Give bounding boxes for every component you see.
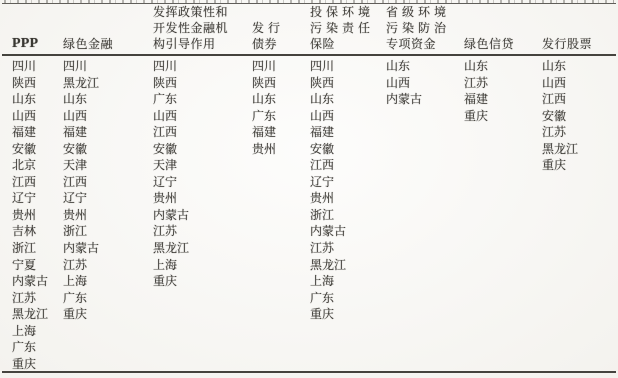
province-item: 福建	[252, 124, 310, 141]
province-item: 陕西	[153, 75, 252, 92]
province-item: 内蒙古	[386, 91, 464, 108]
province-item: 山西	[153, 108, 252, 125]
province-item: 陕西	[12, 75, 63, 92]
province-item: 安徽	[12, 141, 63, 158]
province-item: 重庆	[63, 306, 153, 323]
province-item: 广东	[252, 108, 310, 125]
column-header-line: 构引导作用	[153, 36, 252, 52]
province-item: 重庆	[542, 157, 618, 174]
column-header-line: 专项资金	[386, 36, 464, 52]
column-header-line: 污 染 责 任	[310, 20, 386, 36]
header-row: PPP绿色金融发挥政策性和开发性金融机构引导作用发 行债券投 保 环 境污 染 …	[12, 4, 618, 54]
column-header-ppp: PPP	[12, 4, 63, 54]
province-item: 四川	[153, 58, 252, 75]
province-item: 上海	[12, 323, 63, 340]
province-item: 贵州	[63, 207, 153, 224]
province-item: 陕西	[252, 75, 310, 92]
province-item: 重庆	[153, 273, 252, 290]
province-item: 江西	[12, 174, 63, 191]
province-item: 安徽	[542, 108, 618, 125]
body-row: 四川陕西山东山西福建安徽北京江西辽宁贵州吉林浙江宁夏内蒙古江苏黑龙江上海广东重庆…	[12, 58, 618, 372]
province-item: 安徽	[153, 141, 252, 158]
province-item: 山东	[63, 91, 153, 108]
column-green-credit: 山东江苏福建重庆	[464, 58, 542, 372]
province-item: 江西	[153, 124, 252, 141]
province-item: 黑龙江	[310, 257, 386, 274]
column-header-line: 债券	[252, 36, 310, 52]
province-item: 广东	[12, 339, 63, 356]
column-header-provincial-pollution-control-fund: 省 级 环 境污 染 防 治专项资金	[386, 4, 464, 54]
province-item: 山东	[386, 58, 464, 75]
column-header-line: 保险	[310, 36, 386, 52]
province-item: 辽宁	[12, 190, 63, 207]
province-item: 浙江	[310, 207, 386, 224]
province-item: 福建	[464, 91, 542, 108]
province-item: 内蒙古	[63, 240, 153, 257]
column-green-finance: 四川黑龙江山东山西福建安徽天津江西辽宁贵州浙江内蒙古江苏上海广东重庆	[63, 58, 153, 372]
province-item: 山东	[310, 91, 386, 108]
column-header-line: 开发性金融机	[153, 20, 252, 36]
province-item: 重庆	[464, 108, 542, 125]
province-item: 浙江	[63, 223, 153, 240]
province-item: 江苏	[464, 75, 542, 92]
column-ppp: 四川陕西山东山西福建安徽北京江西辽宁贵州吉林浙江宁夏内蒙古江苏黑龙江上海广东重庆	[12, 58, 63, 372]
column-provincial-pollution-control-fund: 山东山西内蒙古	[386, 58, 464, 372]
province-item: 山西	[542, 75, 618, 92]
province-item: 安徽	[310, 141, 386, 158]
province-item: 贵州	[252, 141, 310, 158]
column-header-line: PPP	[12, 35, 63, 52]
column-header-line: 发 行	[252, 20, 310, 36]
column-header-green-credit: 绿色信贷	[464, 4, 542, 54]
province-item: 江苏	[12, 290, 63, 307]
column-header-environmental-liability-insurance: 投 保 环 境污 染 责 任保险	[310, 4, 386, 54]
column-header-line: 投 保 环 境	[310, 4, 386, 20]
province-item: 宁夏	[12, 257, 63, 274]
province-item: 四川	[63, 58, 153, 75]
province-item: 黑龙江	[542, 141, 618, 158]
province-item: 内蒙古	[12, 273, 63, 290]
province-item: 贵州	[153, 190, 252, 207]
column-header-line: 绿色金融	[63, 36, 153, 52]
province-item: 山西	[63, 108, 153, 125]
column-header-line: 污 染 防 治	[386, 20, 464, 36]
province-item: 山东	[542, 58, 618, 75]
province-item: 贵州	[310, 190, 386, 207]
column-header-stock-issuance: 发行股票	[542, 4, 618, 54]
province-item: 江西	[63, 174, 153, 191]
column-header-line: 发行股票	[542, 36, 618, 52]
header-separator-rule	[2, 54, 616, 56]
province-item: 辽宁	[63, 190, 153, 207]
province-item: 内蒙古	[153, 207, 252, 224]
province-item: 天津	[153, 157, 252, 174]
province-item: 福建	[310, 124, 386, 141]
province-item: 四川	[252, 58, 310, 75]
column-environmental-liability-insurance: 四川陕西山东山西福建安徽江西辽宁贵州浙江内蒙古江苏黑龙江上海广东重庆	[310, 58, 386, 372]
province-item: 江苏	[542, 124, 618, 141]
province-item: 江苏	[153, 223, 252, 240]
column-bond-issuance: 四川陕西山东广东福建贵州	[252, 58, 310, 372]
province-item: 山东	[12, 91, 63, 108]
province-item: 江苏	[63, 257, 153, 274]
province-item: 辽宁	[310, 174, 386, 191]
province-item: 江西	[310, 157, 386, 174]
province-item: 广东	[63, 290, 153, 307]
province-item: 天津	[63, 157, 153, 174]
province-item: 四川	[310, 58, 386, 75]
column-policy-development-finance-guidance: 四川陕西广东山西江西安徽天津辽宁贵州内蒙古江苏黑龙江上海重庆	[153, 58, 252, 372]
province-item: 黑龙江	[153, 240, 252, 257]
province-item: 安徽	[63, 141, 153, 158]
province-item: 福建	[12, 124, 63, 141]
column-header-line: 发挥政策性和	[153, 4, 252, 20]
province-item: 贵州	[12, 207, 63, 224]
province-item: 山西	[386, 75, 464, 92]
province-item: 黑龙江	[63, 75, 153, 92]
province-item: 吉林	[12, 223, 63, 240]
province-item: 山东	[464, 58, 542, 75]
province-item: 陕西	[310, 75, 386, 92]
column-header-line: 省 级 环 境	[386, 4, 464, 20]
province-item: 四川	[12, 58, 63, 75]
province-item: 山西	[12, 108, 63, 125]
province-item: 江西	[542, 91, 618, 108]
province-item: 浙江	[12, 240, 63, 257]
province-item: 黑龙江	[12, 306, 63, 323]
province-item: 北京	[12, 157, 63, 174]
province-item: 上海	[310, 273, 386, 290]
table-bottom-rule	[2, 371, 616, 373]
province-item: 上海	[153, 257, 252, 274]
province-item: 上海	[63, 273, 153, 290]
province-item: 福建	[63, 124, 153, 141]
paper-table-page: { "page": { "background_color": "#faf9f6…	[0, 0, 618, 378]
column-header-bond-issuance: 发 行债券	[252, 4, 310, 54]
province-item: 山西	[310, 108, 386, 125]
column-header-line: 绿色信贷	[464, 36, 542, 52]
province-item: 重庆	[310, 306, 386, 323]
column-stock-issuance: 山东山西江西安徽江苏黑龙江重庆	[542, 58, 618, 372]
province-item: 重庆	[12, 356, 63, 373]
province-item: 广东	[153, 91, 252, 108]
province-item: 江苏	[310, 240, 386, 257]
column-header-green-finance: 绿色金融	[63, 4, 153, 54]
province-item: 山东	[252, 91, 310, 108]
province-item: 辽宁	[153, 174, 252, 191]
column-header-policy-development-finance-guidance: 发挥政策性和开发性金融机构引导作用	[153, 4, 252, 54]
province-item: 广东	[310, 290, 386, 307]
province-item: 内蒙古	[310, 223, 386, 240]
